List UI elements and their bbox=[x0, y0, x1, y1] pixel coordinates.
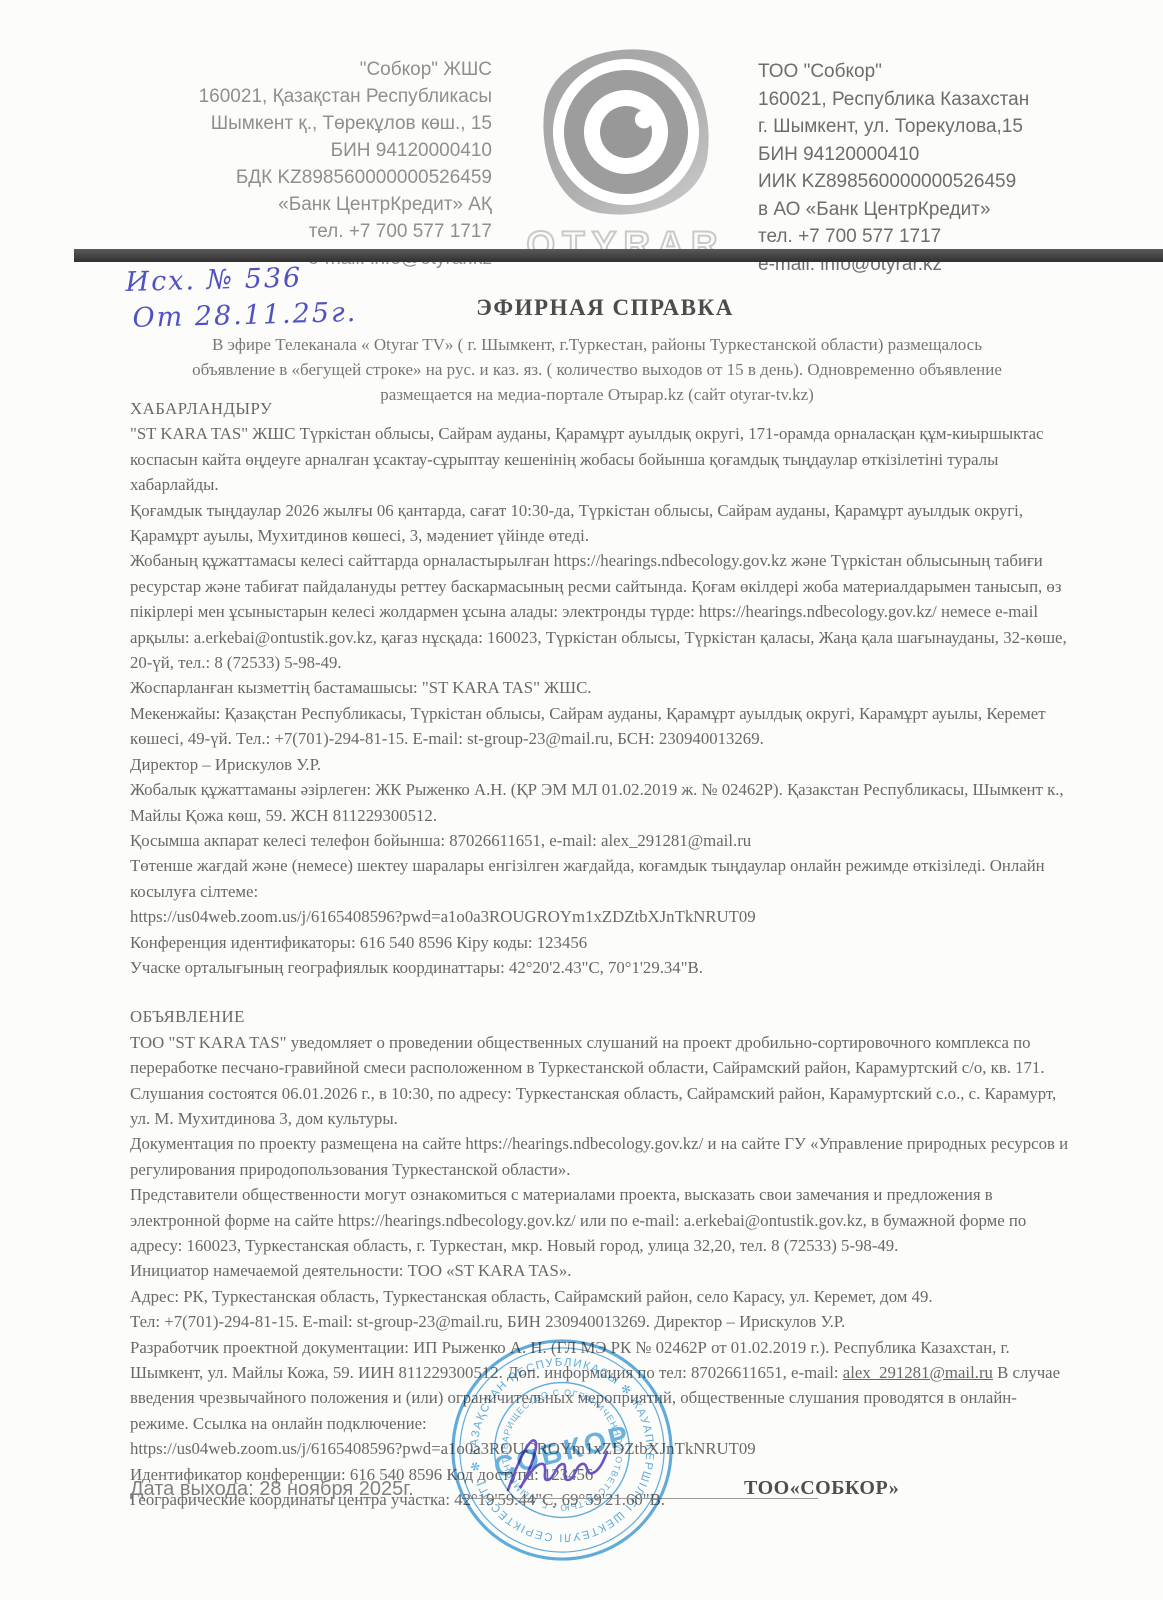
zoom-link-text: https://us04web.zoom.us/j/6165408596?pwd… bbox=[130, 904, 1075, 929]
logo-pupil bbox=[596, 103, 655, 162]
intro-line: объявление в «бегущей строке» на рус. и … bbox=[118, 357, 1076, 382]
paragraph: Представители общественности могут ознак… bbox=[130, 1182, 1075, 1258]
company-phone-ru: тел. +7 700 577 1717 bbox=[758, 223, 1068, 251]
section-gap bbox=[130, 980, 1075, 1004]
paragraph: Жобалык құжаттаманы әзірлеген: ЖК Рыженк… bbox=[130, 777, 1075, 828]
paragraph: Төтенше жағдай және (немесе) шектеу шара… bbox=[130, 853, 1075, 904]
company-bin-ru: БИН 94120000410 bbox=[758, 141, 1068, 169]
coordinates-kk: Учаске орталығының географиялык координа… bbox=[130, 955, 1075, 980]
intro-line: В эфире Телеканала « Otyrar TV» ( г. Шым… bbox=[118, 332, 1076, 357]
logo-ring-inner-white bbox=[578, 85, 673, 180]
company-name-kk: "Собкор" ЖШС bbox=[160, 56, 492, 83]
paragraph: Жобаның құжаттамасы келесі сайттарда орн… bbox=[130, 548, 1075, 675]
company-address-kk: 160021, Қазақстан Республикасы bbox=[160, 83, 492, 110]
logo-ring-outer-white bbox=[543, 50, 708, 215]
paragraph: Қосымша акпарат келесі телефон бойынша: … bbox=[130, 828, 1075, 853]
paragraph: Қоғамдык тыңдаулар 2026 жылғы 06 қантард… bbox=[130, 498, 1075, 549]
paragraph: Слушания состоятся 06.01.2026 г., в 10:3… bbox=[130, 1081, 1075, 1132]
paragraph: Мекенжайы: Қазақстан Республикасы, Түркі… bbox=[130, 701, 1075, 752]
company-bank-kk: «Банк ЦентрКредит» АҚ bbox=[160, 191, 492, 218]
logo-pupil-highlight bbox=[633, 109, 653, 129]
logo-ring-gray bbox=[555, 62, 695, 202]
paragraph: Инициатор намечаемой деятельности: ТОО «… bbox=[130, 1258, 1075, 1283]
company-details-russian: ТОО "Собкор" 160021, Республика Казахста… bbox=[758, 58, 1068, 278]
company-details-kazakh: "Собкор" ЖШС 160021, Қазақстан Республик… bbox=[160, 56, 492, 272]
paragraph: Адрес: РК, Туркестанская область, Туркес… bbox=[130, 1284, 1075, 1309]
otyrar-logo: OTYRAR bbox=[518, 48, 733, 266]
conference-id-kk: Конференция идентификаторы: 616 540 8596… bbox=[130, 930, 1075, 955]
paragraph: Директор – Ирискулов У.Р. bbox=[130, 752, 1075, 777]
paragraph: Жоспарланған кызметтің бастамашысы: "ST … bbox=[130, 675, 1075, 700]
company-phone-kk: тел. +7 700 577 1717 bbox=[160, 218, 492, 245]
company-name-ru: ТОО "Собкор" bbox=[758, 58, 1068, 86]
scan-artifact-bar bbox=[74, 249, 1163, 262]
company-address-ru: 160021, Республика Казахстан bbox=[758, 86, 1068, 114]
company-street-kk: Шымкент қ., Төрекұлов көш., 15 bbox=[160, 110, 492, 137]
paragraph: "ST KARA TAS" ЖШС Түркістан облысы, Сайр… bbox=[130, 421, 1075, 497]
otyrar-eye-icon bbox=[531, 37, 721, 227]
signing-company: ТОО«СОБКОР» bbox=[744, 1477, 899, 1500]
scanned-document-page: "Собкор" ЖШС 160021, Қазақстан Республик… bbox=[0, 0, 1163, 1600]
broadcast-date: Дата выхода: 28 ноября 2025г. bbox=[130, 1478, 414, 1501]
paragraph: ТОО "ST KARA TAS" уведомляет о проведени… bbox=[130, 1030, 1075, 1081]
company-bank-ru: в АО «Банк ЦентрКредит» bbox=[758, 196, 1068, 224]
section-heading-russian: ОБЪЯВЛЕНИЕ bbox=[130, 1004, 1075, 1029]
company-iban-ru: ИИК KZ898560000000526459 bbox=[758, 168, 1068, 196]
company-street-ru: г. Шымкент, ул. Торекулова,15 bbox=[758, 113, 1068, 141]
paragraph: Документация по проекту размещена на сай… bbox=[130, 1131, 1075, 1182]
email-link-text: alex_291281@mail.ru bbox=[843, 1363, 993, 1382]
company-bin-kk: БИН 94120000410 bbox=[160, 137, 492, 164]
section-heading-kazakh: ХАБАРЛАНДЫРУ bbox=[130, 396, 1075, 421]
document-title: ЭФИРНАЯ СПРАВКА bbox=[130, 295, 1080, 321]
company-iban-kk: БДК KZ898560000000526459 bbox=[160, 164, 492, 191]
